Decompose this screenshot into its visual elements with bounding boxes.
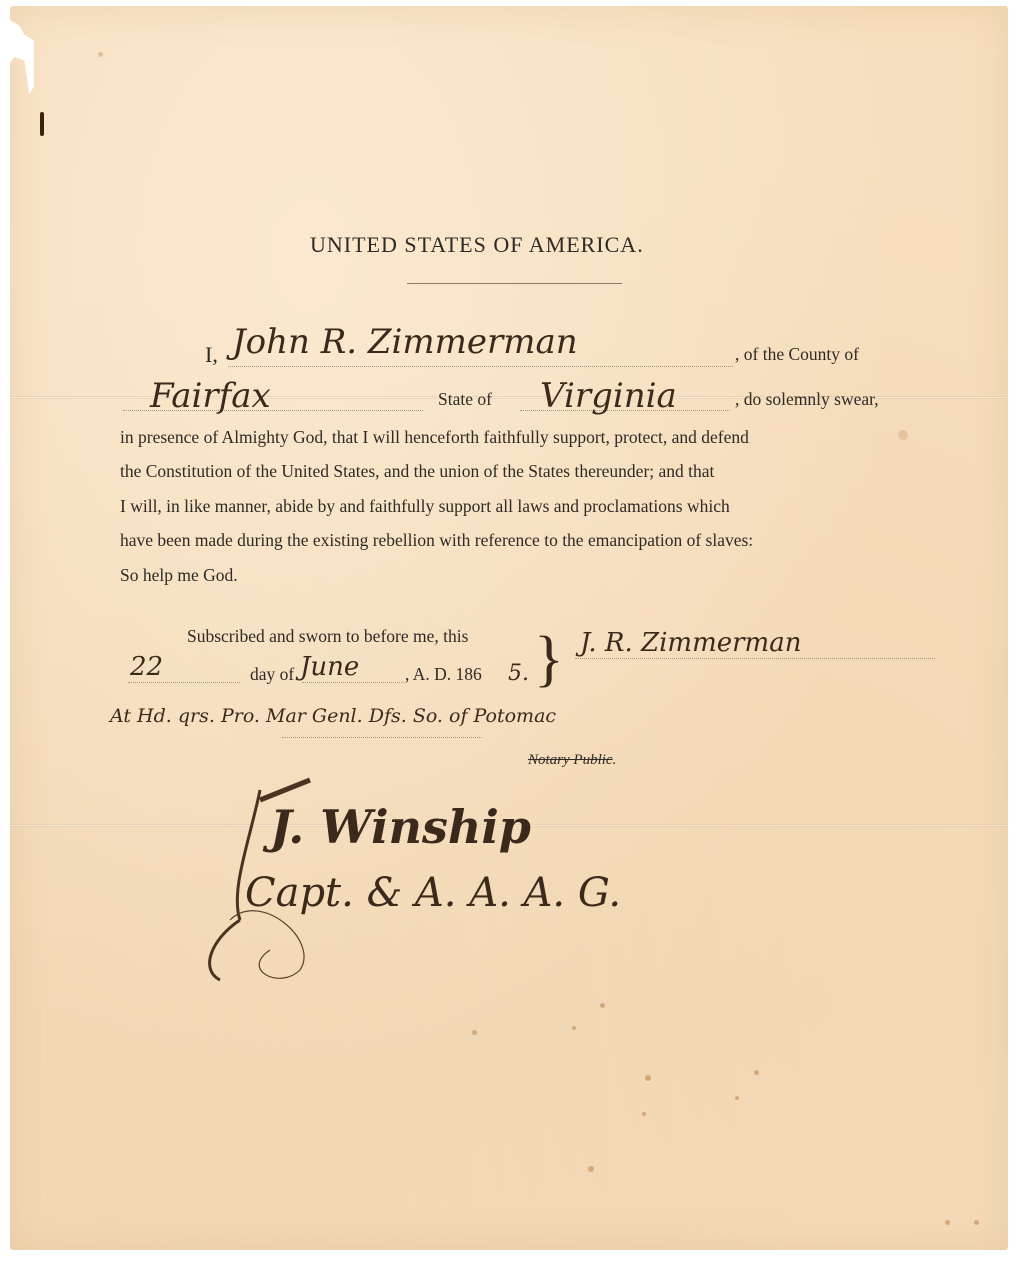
subscribed-label: Subscribed and sworn to before me, this — [187, 626, 468, 647]
oath-prefix: I, — [205, 342, 218, 368]
foxing-spot — [898, 430, 908, 440]
foxing-spot — [754, 1070, 759, 1075]
name-blank — [228, 366, 733, 367]
foxing-spot — [98, 52, 103, 57]
oath-body-line: the Constitution of the United States, a… — [120, 461, 714, 482]
foxing-spot — [588, 1166, 594, 1172]
notary-label: Notary Public. — [528, 752, 616, 769]
handwritten-location: At Hd. qrs. Pro. Mar Genl. Dfs. So. of P… — [110, 705, 556, 727]
foxing-spot — [974, 1220, 979, 1225]
oath-body-line: have been made during the existing rebel… — [120, 530, 753, 551]
swear-label: , do solemnly swear, — [735, 389, 879, 410]
oath-body-line: I will, in like manner, abide by and fai… — [120, 496, 730, 517]
month-blank — [302, 682, 404, 683]
handwritten-name: John R. Zimmerman — [232, 322, 578, 362]
handwritten-state: Virginia — [540, 376, 677, 416]
handwritten-day: 22 — [130, 652, 163, 682]
handwritten-month: June — [300, 652, 359, 682]
state-label: State of — [438, 389, 492, 410]
day-blank — [128, 682, 240, 683]
ad-label: , A. D. 186 — [405, 664, 482, 685]
oath-body-line: So help me God. — [120, 565, 238, 586]
day-label: day of — [250, 664, 294, 685]
affiant-signature: J. R. Zimmerman — [580, 628, 801, 658]
oath-body-line: in presence of Almighty God, that I will… — [120, 427, 749, 448]
notary-struck-text: Notary Public — [528, 752, 613, 768]
foxing-spot — [472, 1030, 477, 1035]
ink-mark — [40, 112, 44, 136]
foxing-spot — [645, 1075, 651, 1081]
title-rule — [407, 283, 622, 284]
officer-title: Capt. & A. A. A. G. — [245, 870, 621, 916]
handwritten-year-digit: 5. — [508, 661, 529, 686]
foxing-spot — [735, 1096, 739, 1100]
document-paper — [10, 6, 1008, 1250]
handwritten-county: Fairfax — [150, 376, 271, 416]
affiant-signature-line — [575, 658, 935, 659]
foxing-spot — [642, 1112, 646, 1116]
notary-suffix: . — [613, 752, 617, 768]
officer-signature: J. Winship — [270, 800, 531, 854]
county-label: , of the County of — [735, 344, 859, 365]
officer-line — [282, 737, 482, 738]
bracket: } — [534, 628, 564, 690]
foxing-spot — [572, 1026, 576, 1030]
foxing-spot — [945, 1220, 950, 1225]
foxing-spot — [600, 1003, 605, 1008]
document-title: UNITED STATES OF AMERICA. — [310, 232, 644, 258]
